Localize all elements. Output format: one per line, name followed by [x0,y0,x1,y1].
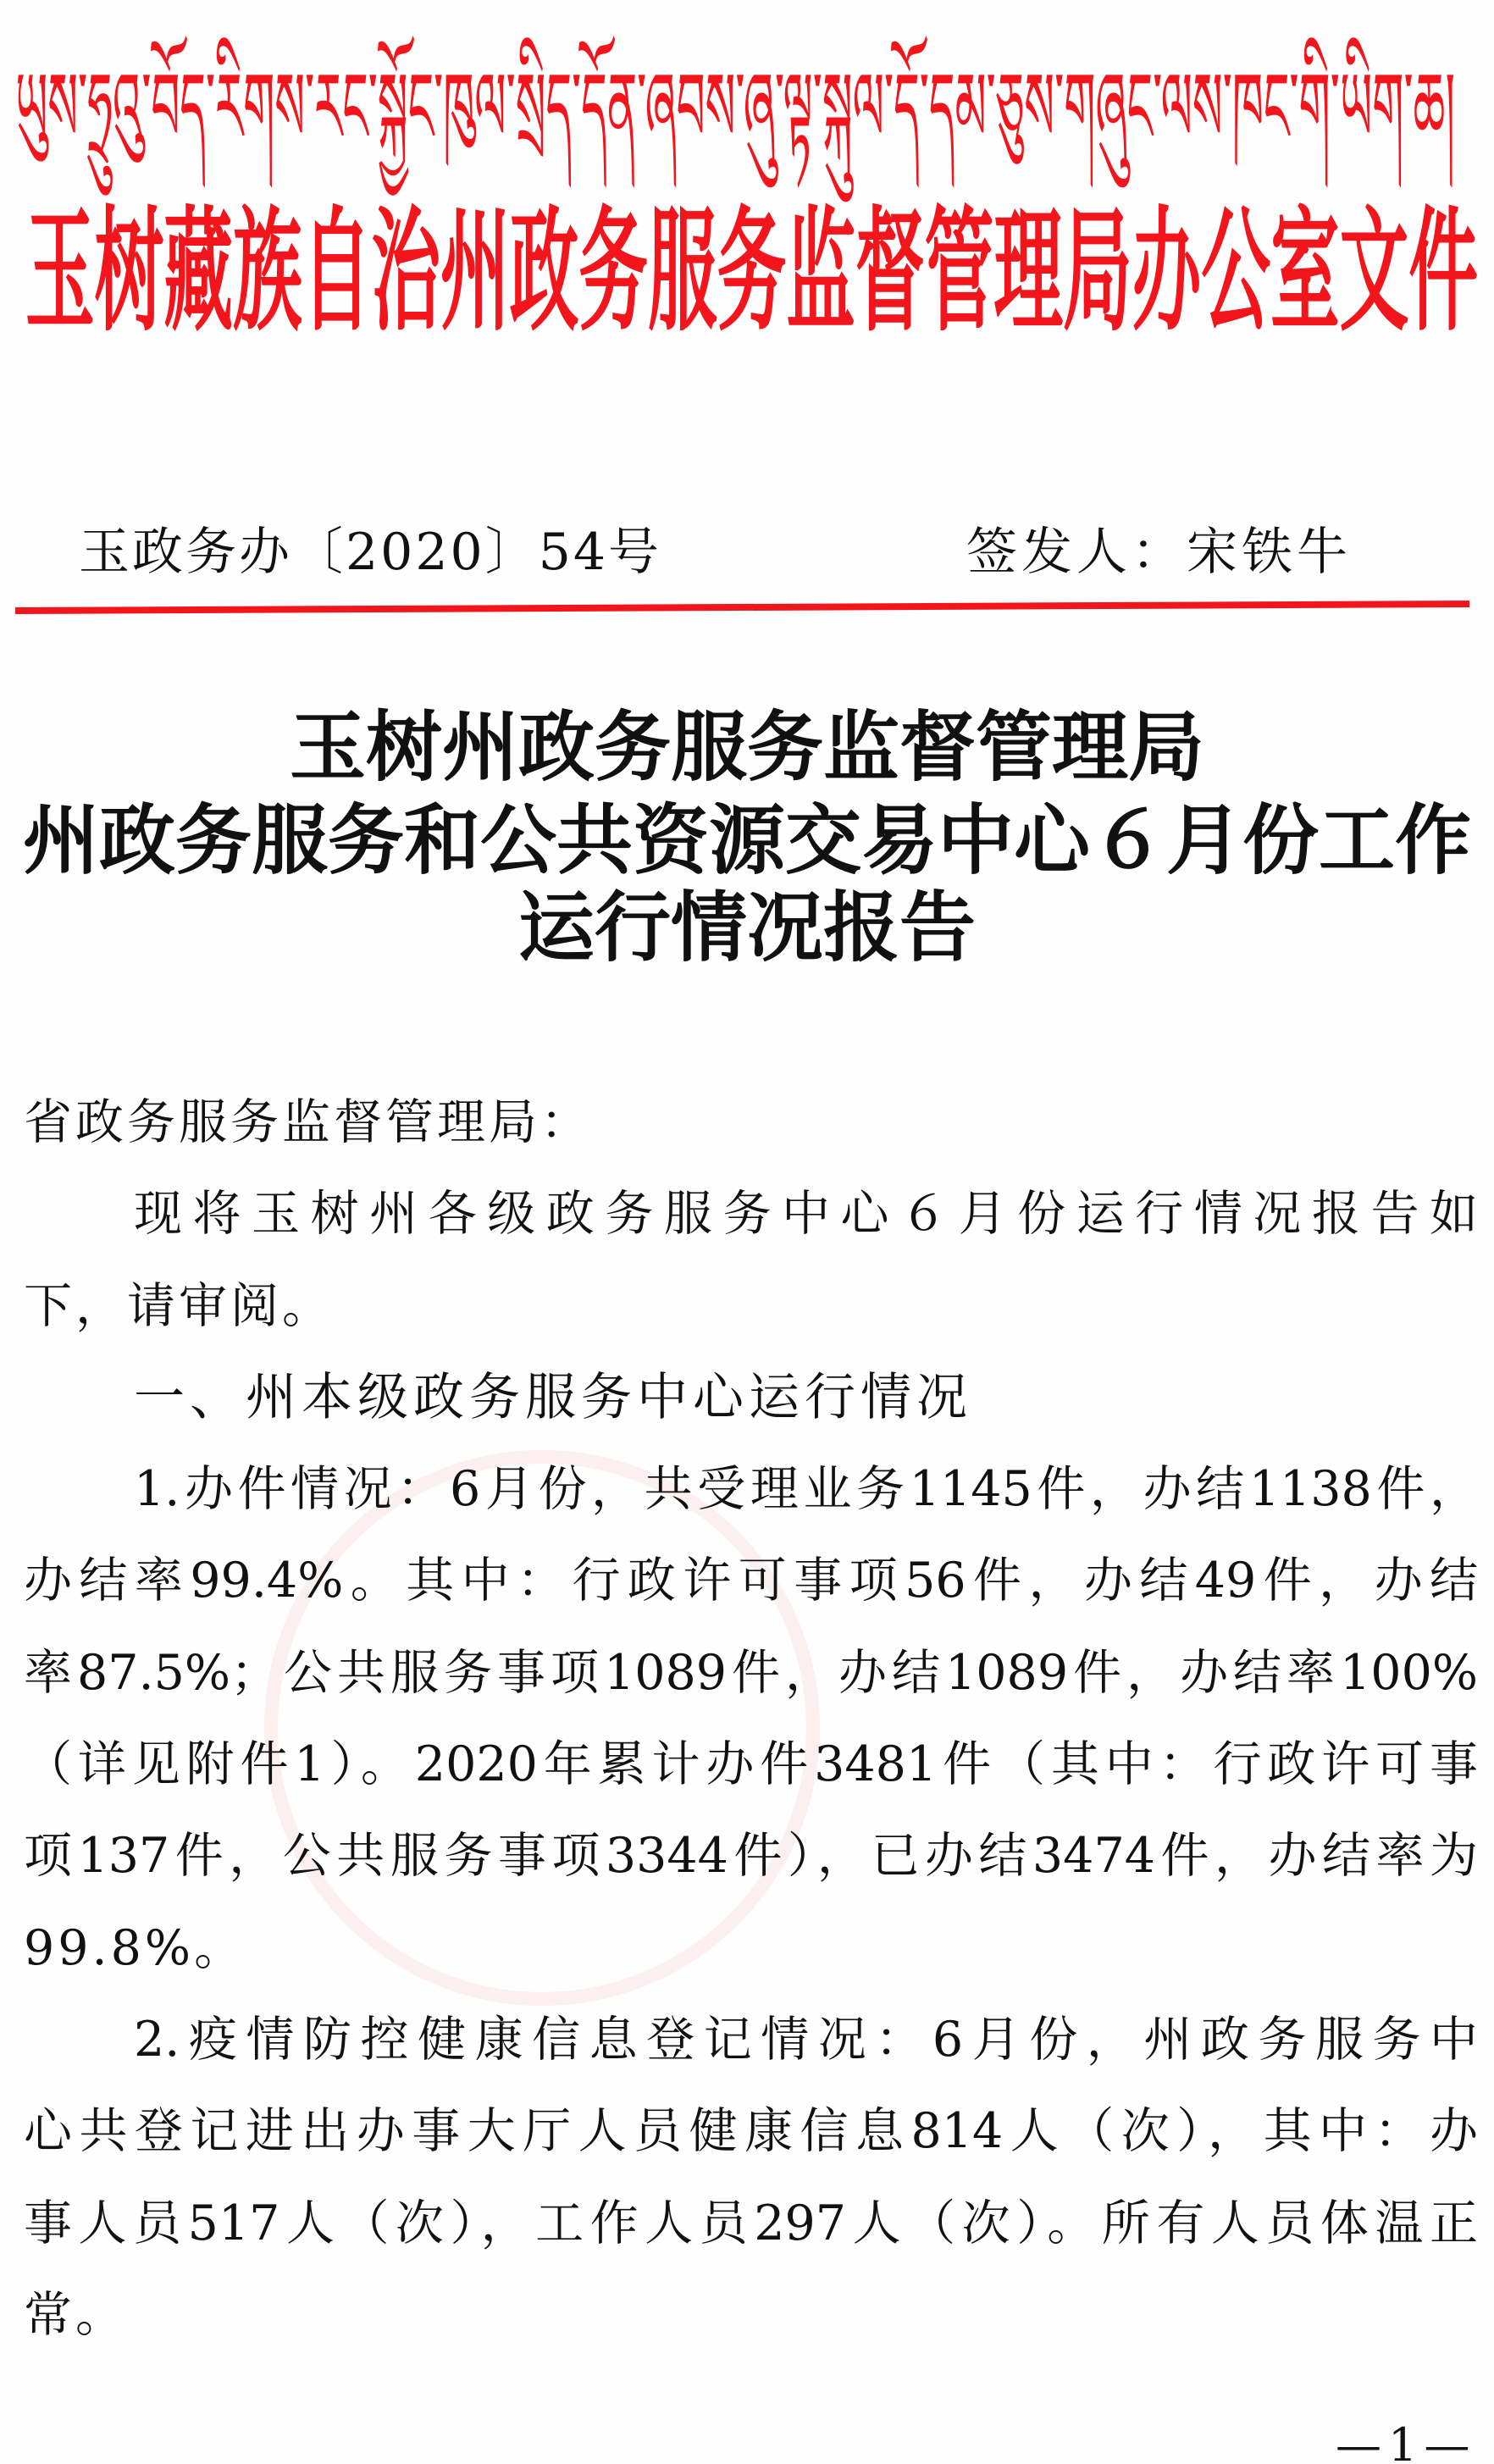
report-title-line-1: 玉树州政务服务监督管理局 [0,708,1494,786]
item-2-line: 心共登记进出办事大厅人员健康信息814人（次），其中：办 [24,2085,1478,2177]
item-2-line: 2.疫情防控健康信息登记情况：6月份，州政务服务中 [24,1994,1478,2085]
letterhead-chinese-title: 玉树藏族自治州政务服务监督管理局办公室文件 [25,205,1494,339]
report-title-line-2: 州政务服务和公共资源交易中心６月份工作 [0,801,1494,879]
item-2-line: 常。 [24,2269,1478,2361]
document-number: 玉政务办〔2020〕54号 [79,527,661,578]
page-number: —1— [1336,2422,1476,2464]
item-2-line: 事人员517人（次），工作人员297人（次）。所有人员体温正 [24,2178,1478,2269]
issuer: 签发人：宋铁牛 [966,527,1352,578]
red-separator-line [0,593,1494,627]
report-title-line-3: 运行情况报告 [0,889,1494,966]
section-1-heading: 一、州本级政务服务中心运行情况 [24,1352,1478,1443]
intro-line: 下，请审阅。 [24,1260,1478,1352]
letterhead-tibetan-title: ཡུས་ཧྲུའུ་བོད་རིགས་རང་སྐྱོང་ཁུལ་སྲིད་དོན… [15,32,1494,185]
item-1-line: 率87.5%；公共服务事项1089件，办结1089件，办结率100% [24,1627,1478,1719]
item-1-line: 办结率99.4%。其中：行政许可事项56件，办结49件，办结 [24,1535,1478,1626]
issuer-name: 宋铁牛 [1187,523,1352,582]
item-1-line: 项137件，公共服务事项3344件），已办结3474件，办结率为 [24,1810,1478,1902]
chinese-title-text: 玉树藏族自治州政务服务监督管理局办公室文件 [25,205,1478,339]
issuer-label: 签发人： [966,523,1187,582]
intro-line: 现将玉树州各级政务服务中心６月份运行情况报告如 [24,1168,1478,1260]
item-1-line: （详见附件1）。2020年累计办件3481件（其中：行政许可事 [24,1719,1478,1810]
salutation: 省政务服务监督管理局： [24,1077,1478,1168]
document-body: 省政务服务监督管理局： 现将玉树州各级政务服务中心６月份运行情况报告如 下，请审… [24,1077,1478,2361]
item-1-line: 1.办件情况：6月份，共受理业务1145件，办结1138件， [24,1443,1478,1535]
item-1-line: 99.8%。 [24,1902,1478,1994]
tibetan-title-text: ཡུས་ཧྲུའུ་བོད་རིགས་རང་སྐྱོང་ཁུལ་སྲིད་དོན… [15,32,1455,185]
